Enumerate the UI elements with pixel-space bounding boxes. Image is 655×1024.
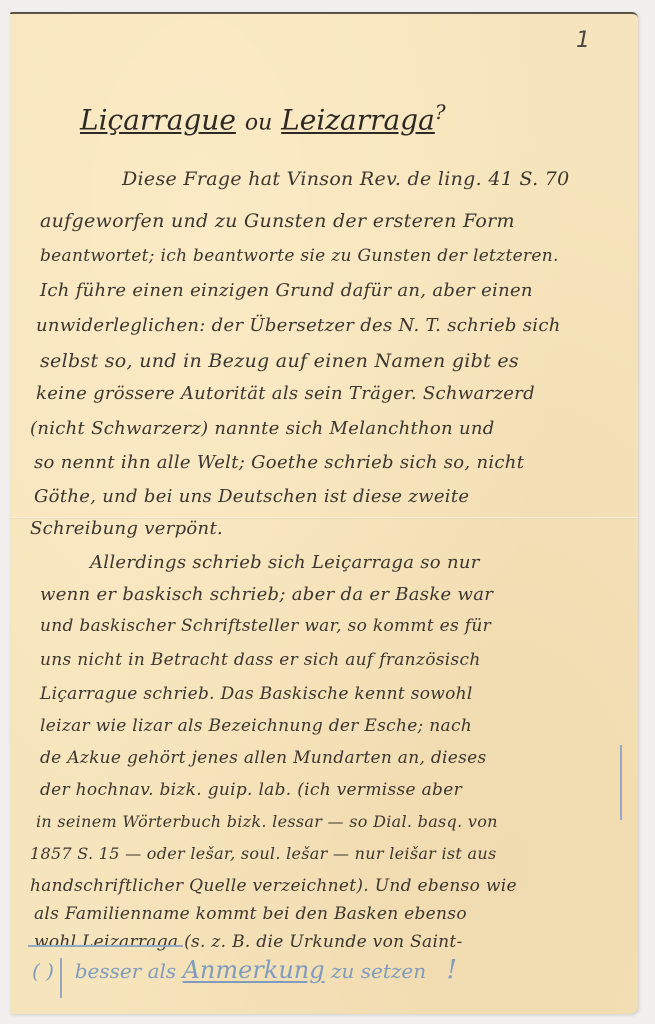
text-line: und baskischer Schriftsteller war, so ko…: [40, 616, 491, 636]
manuscript-page: [10, 12, 638, 1014]
text-line: in seinem Wörterbuch bizk. lessar — so D…: [36, 812, 498, 831]
text-line: 1857 S. 15 — oder lešar, soul. lešar — n…: [30, 844, 497, 863]
pencil-note: ( ) besser als Anmerkung zu setzen !: [32, 955, 457, 985]
title-licarrague: Liçarrague: [80, 103, 236, 136]
text-line: uns nicht in Betracht dass er sich auf f…: [40, 650, 481, 670]
text-line: keine grössere Autorität als sein Träger…: [36, 383, 535, 404]
text-line: de Azkue gehört jenes allen Mundarten an…: [40, 748, 487, 768]
text-line: leizar wie lizar als Bezeichnung der Esc…: [40, 716, 472, 736]
pencil-bracket-line: [60, 958, 62, 998]
pencil-bracket: ( ): [32, 959, 54, 983]
text-line: Diese Frage hat Vinson Rev. de ling. 41 …: [122, 168, 570, 190]
title-ou: ou: [245, 110, 272, 135]
pencil-anmerkung: Anmerkung: [183, 956, 325, 984]
pencil-text-after: zu setzen: [331, 959, 426, 983]
text-line: unwiderleglichen: der Übersetzer des N. …: [36, 315, 561, 336]
margin-pencil-bracket: [620, 745, 622, 820]
pencil-text-before: besser als: [75, 959, 177, 983]
title-leizarraga: Leizarraga: [281, 103, 435, 136]
page-title: Liçarrague ou Leizarraga?: [80, 100, 446, 136]
pencil-separator: [28, 945, 183, 947]
pencil-exclamation: !: [447, 955, 457, 985]
text-line: selbst so, und in Bezug auf einen Namen …: [40, 350, 519, 372]
text-line: wenn er baskisch schrieb; aber da er Bas…: [40, 584, 493, 605]
text-line: Ich führe einen einzigen Grund dafür an,…: [40, 280, 533, 301]
text-line: handschriftlicher Quelle verzeichnet). U…: [30, 876, 517, 896]
text-line: beantwortet; ich beantworte sie zu Gunst…: [40, 246, 559, 266]
page-number: 1: [576, 28, 590, 53]
text-line: (nicht Schwarzerz) nannte sich Melanchth…: [30, 418, 495, 439]
text-line: Göthe, und bei uns Deutschen ist diese z…: [34, 486, 469, 507]
text-line: Schreibung verpönt.: [30, 518, 223, 539]
text-line: Liçarrague schrieb. Das Baskische kennt …: [40, 684, 473, 704]
text-line: der hochnav. bizk. guip. lab. (ich vermi…: [40, 780, 462, 800]
title-question-mark: ?: [435, 100, 446, 124]
text-line: Allerdings schrieb sich Leiçarraga so nu…: [90, 552, 480, 573]
text-line: wohl Leizarraga (s. z. B. die Urkunde vo…: [34, 932, 463, 952]
text-line: aufgeworfen und zu Gunsten der ersteren …: [40, 210, 515, 232]
text-line: so nennt ihn alle Welt; Goethe schrieb s…: [34, 452, 524, 473]
text-line: als Familienname kommt bei den Basken eb…: [34, 904, 467, 924]
